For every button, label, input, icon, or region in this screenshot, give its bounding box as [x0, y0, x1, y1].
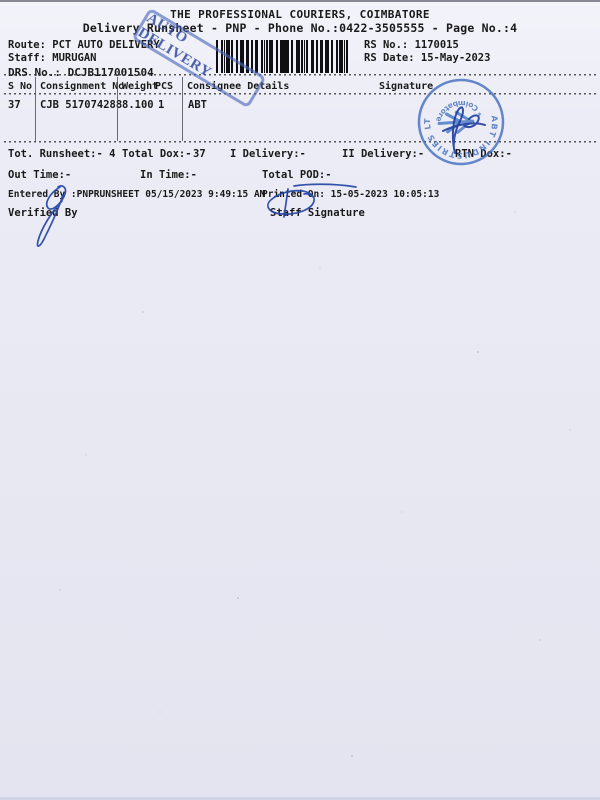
page-title: THE PROFESSIONAL COURIERS, COIMBATORE: [0, 8, 600, 21]
table-column-line: [182, 77, 183, 141]
row-sno: 37: [8, 99, 21, 111]
i-delivery: I Delivery:-: [230, 148, 306, 160]
scanned-delivery-runsheet: { "document": { "title": "THE PROFESSION…: [0, 0, 600, 800]
total-dox-label: Total Dox:-: [122, 148, 192, 160]
in-time: In Time:-: [140, 169, 197, 181]
col-header-pcs: PCS: [155, 81, 173, 92]
row-consignee: ABT: [188, 99, 207, 111]
page-subtitle: Delivery Runsheet - PNP - Phone No.:0422…: [0, 21, 600, 35]
col-header-consignment: Consignment No: [40, 81, 124, 92]
row-weight: 8.100: [122, 99, 154, 111]
table-column-line: [35, 77, 36, 141]
table-column-line: [117, 77, 118, 141]
row-pcs: 1: [158, 99, 164, 111]
total-pod: Total POD:-: [262, 169, 332, 181]
staff-signature-icon: [254, 183, 374, 229]
rs-date-line: RS Date: 15-May-2023: [364, 52, 490, 64]
staff-line: Staff: MURUGAN: [8, 52, 97, 64]
drs-no-line: DRS No.: DCJB117001504: [8, 66, 154, 79]
col-header-weight: Weight: [122, 81, 158, 92]
col-header-sno: S No: [8, 81, 32, 92]
scan-top-edge: [0, 0, 600, 2]
verified-by-signature-icon: [16, 181, 100, 255]
out-time: Out Time:-: [8, 169, 71, 181]
row-consignment: CJB 517074288: [40, 99, 122, 111]
rs-no-line: RS No.: 1170015: [364, 39, 459, 51]
total-dox-value: 37: [193, 148, 206, 160]
company-seal-stamp: ABT INDUSTRIES LTD * Coimbatore *: [409, 75, 513, 173]
tot-runsheet: Tot. Runsheet:- 4: [8, 148, 115, 160]
